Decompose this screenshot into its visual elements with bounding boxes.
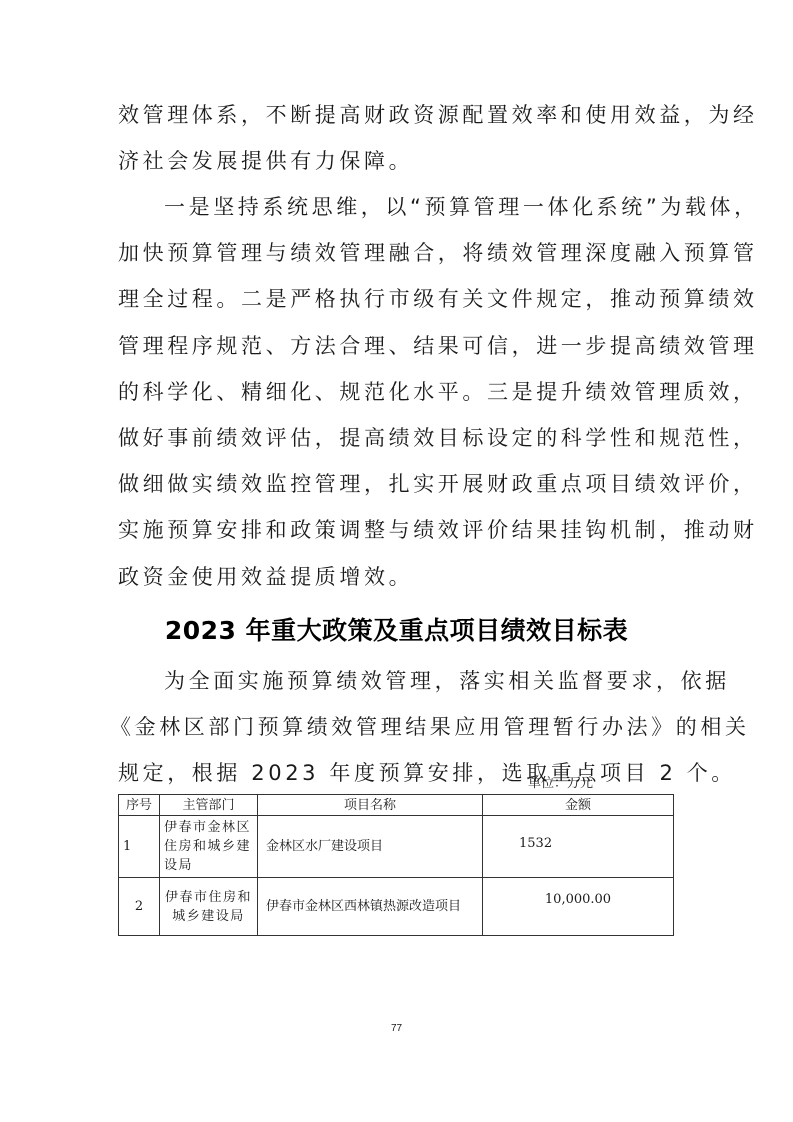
project-table: 序号 主管部门 项目名称 金额 1 伊春市金林区住房和城乡建设局 金林区水厂建设… [118, 794, 674, 936]
cell-no: 2 [119, 878, 160, 936]
cell-dept: 伊春市金林区住房和城乡建设局 [160, 816, 258, 878]
cell-amount: 1532 [483, 816, 674, 878]
text-line: 的科学化、精细化、规范化水平。三是提升绩效管理质效， [118, 369, 676, 415]
header-project: 项目名称 [258, 795, 483, 816]
text-line: 《金林区部门预算绩效管理结果应用管理暂行办法》的相关 [110, 704, 676, 750]
cell-amount: 10,000.00 [483, 878, 674, 936]
text-line: 济社会发展提供有力保障。 [118, 138, 676, 184]
table-row: 1 伊春市金林区住房和城乡建设局 金林区水厂建设项目 1532 [119, 816, 674, 878]
table-header-row: 序号 主管部门 项目名称 金额 [119, 795, 674, 816]
table-row: 2 伊春市住房和城乡建设局 伊春市金林区西林镇热源改造项目 10,000.00 [119, 878, 674, 936]
cell-project: 金林区水厂建设项目 [258, 816, 483, 878]
header-no: 序号 [119, 795, 160, 816]
text-line: 做细做实绩效监控管理，扎实开展财政重点项目绩效评价， [118, 461, 676, 507]
paragraph-measures: 一是坚持系统思维，以“预算管理一体化系统”为载体， 加快预算管理与绩效管理融合，… [118, 184, 676, 600]
unit-label: 单位：万元 [528, 772, 593, 791]
text-line: 加快预算管理与绩效管理融合，将绩效管理深度融入预算管 [118, 230, 676, 276]
header-dept: 主管部门 [160, 795, 258, 816]
text-line: 做好事前绩效评估，提高绩效目标设定的科学性和规范性， [118, 415, 676, 461]
cell-dept: 伊春市住房和城乡建设局 [160, 878, 258, 936]
text-line: 效管理体系，不断提高财政资源配置效率和使用效益，为经 [118, 92, 676, 138]
cell-no: 1 [119, 816, 160, 878]
text-line: 政资金使用效益提质增效。 [118, 554, 676, 600]
text-line: 实施预算安排和政策调整与绩效评价结果挂钩机制，推动财 [118, 507, 676, 553]
section-title: 2023 年重大政策及重点项目绩效目标表 [0, 611, 793, 647]
text-line: 理全过程。二是严格执行市级有关文件规定，推动预算绩效 [118, 276, 676, 322]
cell-project: 伊春市金林区西林镇热源改造项目 [258, 878, 483, 936]
page-number: 77 [0, 1023, 793, 1034]
paragraph-continued: 效管理体系，不断提高财政资源配置效率和使用效益，为经 济社会发展提供有力保障。 [118, 92, 676, 184]
text-line: 一是坚持系统思维，以“预算管理一体化系统”为载体， [118, 184, 676, 230]
header-amount: 金额 [483, 795, 674, 816]
text-line: 管理程序规范、方法合理、结果可信，进一步提高绩效管理 [118, 323, 676, 369]
text-line: 为全面实施预算绩效管理，落实相关监督要求，依据 [118, 658, 676, 704]
